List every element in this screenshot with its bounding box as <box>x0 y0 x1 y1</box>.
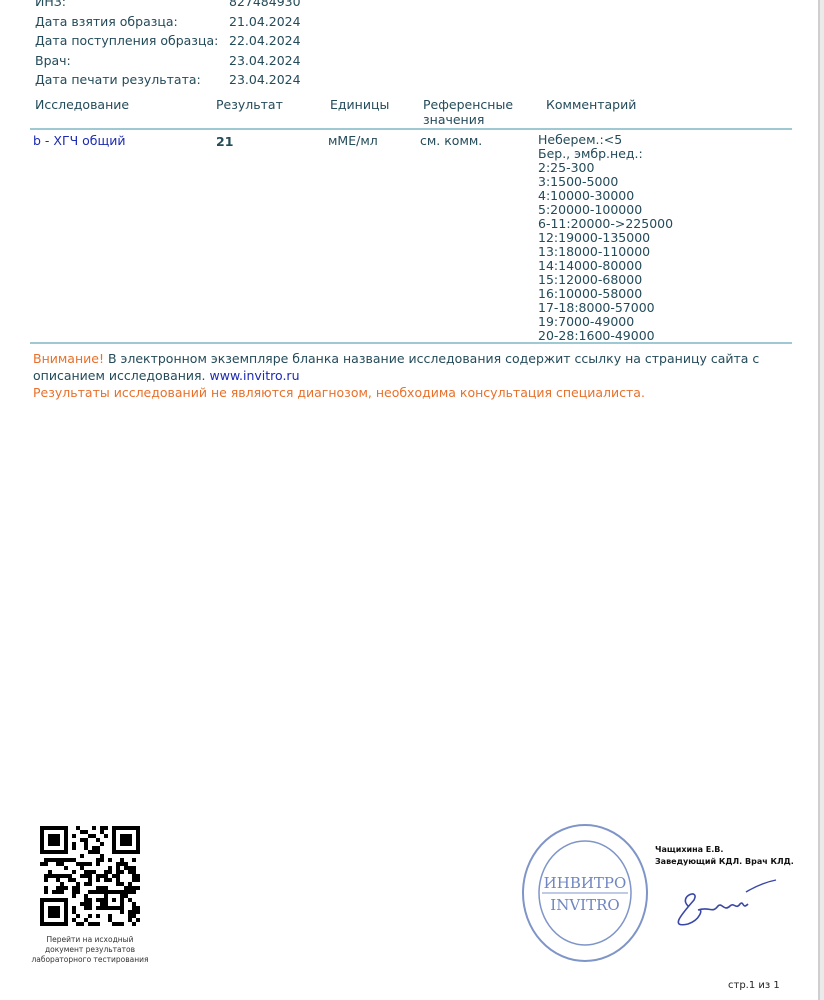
qr-caption-line: лабораторного тестирования <box>28 955 152 965</box>
comment-line: 6-11:20000->225000 <box>538 217 673 231</box>
reference-value: см. комм. <box>420 133 482 148</box>
result-value: 21 <box>216 134 233 149</box>
test-link[interactable]: b - ХГЧ общий <box>33 133 126 148</box>
comment-line: 14:14000-80000 <box>538 259 673 273</box>
info-value: 23.04.2024 <box>229 51 301 71</box>
comment-line: 13:18000-110000 <box>538 245 673 259</box>
info-value: 23.04.2024 <box>229 70 301 90</box>
header-units: Единицы <box>330 97 389 112</box>
info-label: Дата взятия образца: <box>35 12 229 32</box>
header-reference-line1: Референсные <box>423 97 513 112</box>
info-label: Врач: <box>35 51 229 71</box>
attention-note: Внимание! В электронном экземпляре бланк… <box>33 350 803 384</box>
comment-line: 5:20000-100000 <box>538 203 673 217</box>
svg-text:INVITRO: INVITRO <box>550 896 619 914</box>
notes: Внимание! В электронном экземпляре бланк… <box>33 350 803 401</box>
comment-line: 20-28:1600-49000 <box>538 329 673 343</box>
disclaimer: Результаты исследований не являются диаг… <box>33 384 803 401</box>
svg-text:ИНВИТРО: ИНВИТРО <box>544 874 627 892</box>
sample-info: ИНЗ:827484930 Дата взятия образца:21.04.… <box>35 0 301 90</box>
signer-name: Чащихина Е.В. <box>655 844 794 856</box>
qr-caption-line: Перейти на исходный <box>28 935 152 945</box>
comment-line: 17-18:8000-57000 <box>538 301 673 315</box>
info-label: Дата поступления образца: <box>35 31 229 51</box>
comment-line: 12:19000-135000 <box>538 231 673 245</box>
comment-line: 4:10000-30000 <box>538 189 673 203</box>
signer-block: Чащихина Е.В. Заведующий КДЛ. Врач КЛД. <box>655 844 794 868</box>
attention-label: Внимание! <box>33 351 104 366</box>
units-value: мМЕ/мл <box>328 133 378 148</box>
info-value: 827484930 <box>229 0 301 12</box>
page-number: стр.1 из 1 <box>728 980 780 991</box>
header-test: Исследование <box>35 97 129 112</box>
comment-line: 16:10000-58000 <box>538 287 673 301</box>
info-label: Дата печати результата: <box>35 70 229 90</box>
comment-line: 3:1500-5000 <box>538 175 673 189</box>
info-value: 21.04.2024 <box>229 12 301 32</box>
table-header-rule <box>30 128 792 130</box>
comment-line: 2:25-300 <box>538 161 673 175</box>
header-reference: Референсные значения <box>423 97 513 127</box>
qr-caption: Перейти на исходный документ результатов… <box>28 935 152 965</box>
invitro-link[interactable]: www.invitro.ru <box>210 368 300 383</box>
attention-text: В электронном экземпляре бланка название… <box>33 351 759 383</box>
result-page: ИНЗ:827484930 Дата взятия образца:21.04.… <box>0 0 820 1000</box>
info-row-inz: ИНЗ:827484930 <box>35 0 301 12</box>
comment-line: 15:12000-68000 <box>538 273 673 287</box>
comment-line: 19:7000-49000 <box>538 315 673 329</box>
info-row-received: Дата поступления образца:22.04.2024 <box>35 31 301 51</box>
table-bottom-rule <box>30 342 792 344</box>
info-row-printed: Дата печати результата:23.04.2024 <box>35 70 301 90</box>
info-value: 22.04.2024 <box>229 31 301 51</box>
lab-stamp: ИНВИТРО INVITRO <box>520 822 650 964</box>
comment-list: Неберем.:<5Бер., эмбр.нед.:2:25-3003:150… <box>538 133 673 343</box>
header-comment: Комментарий <box>546 97 636 112</box>
qr-caption-line: документ результатов <box>28 945 152 955</box>
header-result: Результат <box>216 97 283 112</box>
info-row-collected: Дата взятия образца:21.04.2024 <box>35 12 301 32</box>
comment-line: Бер., эмбр.нед.: <box>538 147 673 161</box>
info-row-doctor: Врач:23.04.2024 <box>35 51 301 71</box>
header-reference-line2: значения <box>423 112 513 127</box>
comment-line: Неберем.:<5 <box>538 133 673 147</box>
info-label: ИНЗ: <box>35 0 229 12</box>
qr-code[interactable] <box>40 826 140 926</box>
signature <box>660 866 780 936</box>
